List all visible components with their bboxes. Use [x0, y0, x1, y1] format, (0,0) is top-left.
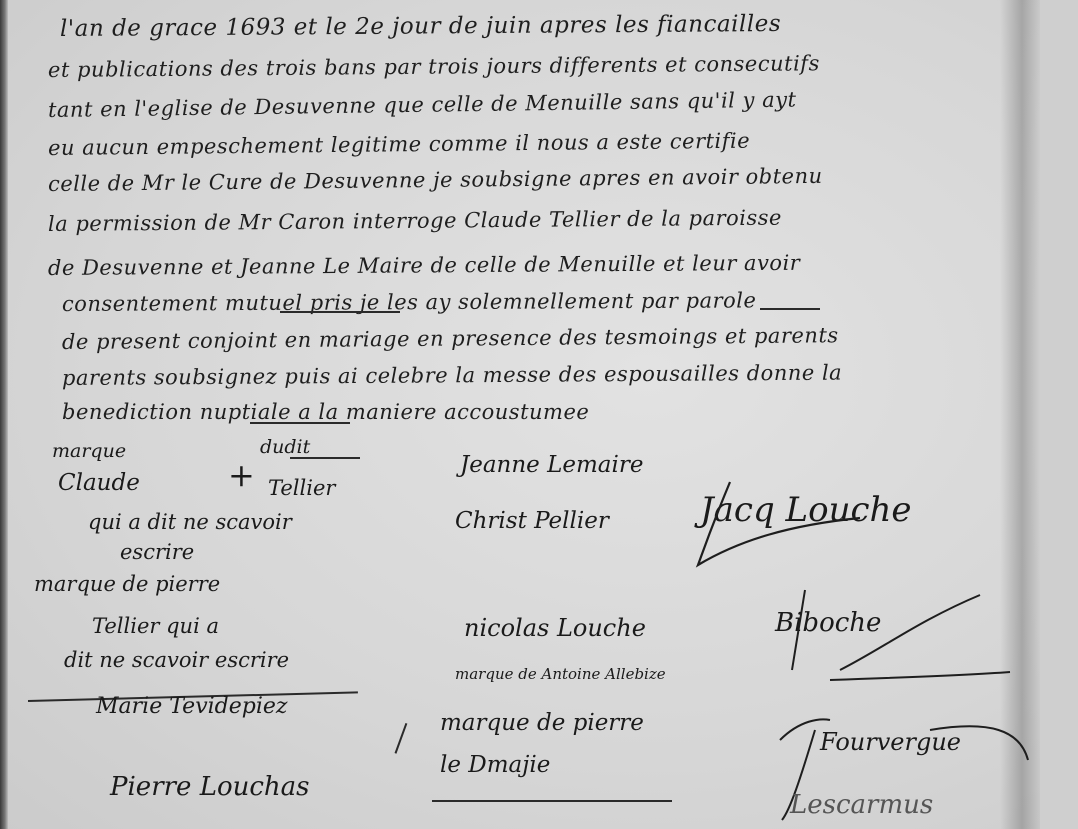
marque-note: marque de Antoine Allebize [455, 665, 666, 683]
body-line-9: de present conjoint en mariage en presen… [62, 323, 839, 354]
ink-stroke [250, 422, 350, 424]
pierre-marque: marque de pierre [34, 572, 220, 596]
body-line-6: la permission de Mr Caron interroge Clau… [48, 206, 782, 236]
document-page: l'an de grace 1693 et le 2e jour de juin… [0, 0, 1078, 829]
pierre-note-1: Tellier qui a [92, 614, 219, 638]
body-line-10: parents soubsignez puis ai celebre la me… [62, 361, 842, 390]
page-edge-shadow [1000, 0, 1040, 829]
signature-le-dmajie: le Dmajie [440, 752, 550, 778]
marque-label: marque [52, 440, 126, 462]
body-line-1: l'an de grace 1693 et le 2e jour de juin… [60, 11, 781, 42]
paraphe-flourish-icon [770, 590, 1030, 690]
page-margin [1040, 0, 1078, 829]
body-line-5: celle de Mr le Cure de Desuvenne je soub… [48, 164, 823, 196]
ink-stroke [395, 723, 408, 754]
pierre-note-2: dit ne scavoir escrire [64, 648, 289, 672]
body-line-8: consentement mutuel pris je les ay solem… [62, 288, 757, 316]
signature-lescarmus: Lescarmus [790, 790, 933, 820]
signature-claude-last: Tellier [268, 476, 335, 500]
claude-note-2: escrire [120, 540, 194, 564]
binding-edge [0, 0, 8, 829]
body-line-4: eu aucun empeschement legitime comme il … [48, 129, 750, 160]
signature-claude-first: Claude [58, 470, 140, 496]
signature-marie-tevidepiez: Marie Tevidepiez [96, 694, 288, 719]
signature-christ-pellier: Christ Pellier [455, 508, 609, 534]
signature-jeanne-lemaire: Jeanne Lemaire [460, 452, 643, 478]
ink-stroke [760, 308, 820, 310]
ink-stroke [432, 800, 672, 802]
claude-note-1: qui a dit ne scavoir [88, 510, 292, 534]
ink-stroke [290, 457, 360, 459]
marque-pierre-2: marque de pierre [440, 710, 644, 736]
signature-pierre-louchas: Pierre Louchas [110, 772, 310, 802]
body-line-2: et publications des trois bans par trois… [48, 51, 820, 82]
signature-flourish-icon [700, 470, 900, 580]
body-line-3: tant en l'eglise de Desuvenne que celle … [48, 88, 797, 122]
signature-nicolas-louche: nicolas Louche [464, 614, 646, 642]
cross-mark-icon: + [228, 456, 255, 494]
dudit-label: dudit [260, 436, 310, 458]
body-line-11: benediction nuptiale a la maniere accous… [62, 400, 589, 424]
body-line-7: de Desuvenne et Jeanne Le Maire de celle… [48, 251, 800, 280]
ink-stroke [280, 311, 400, 313]
